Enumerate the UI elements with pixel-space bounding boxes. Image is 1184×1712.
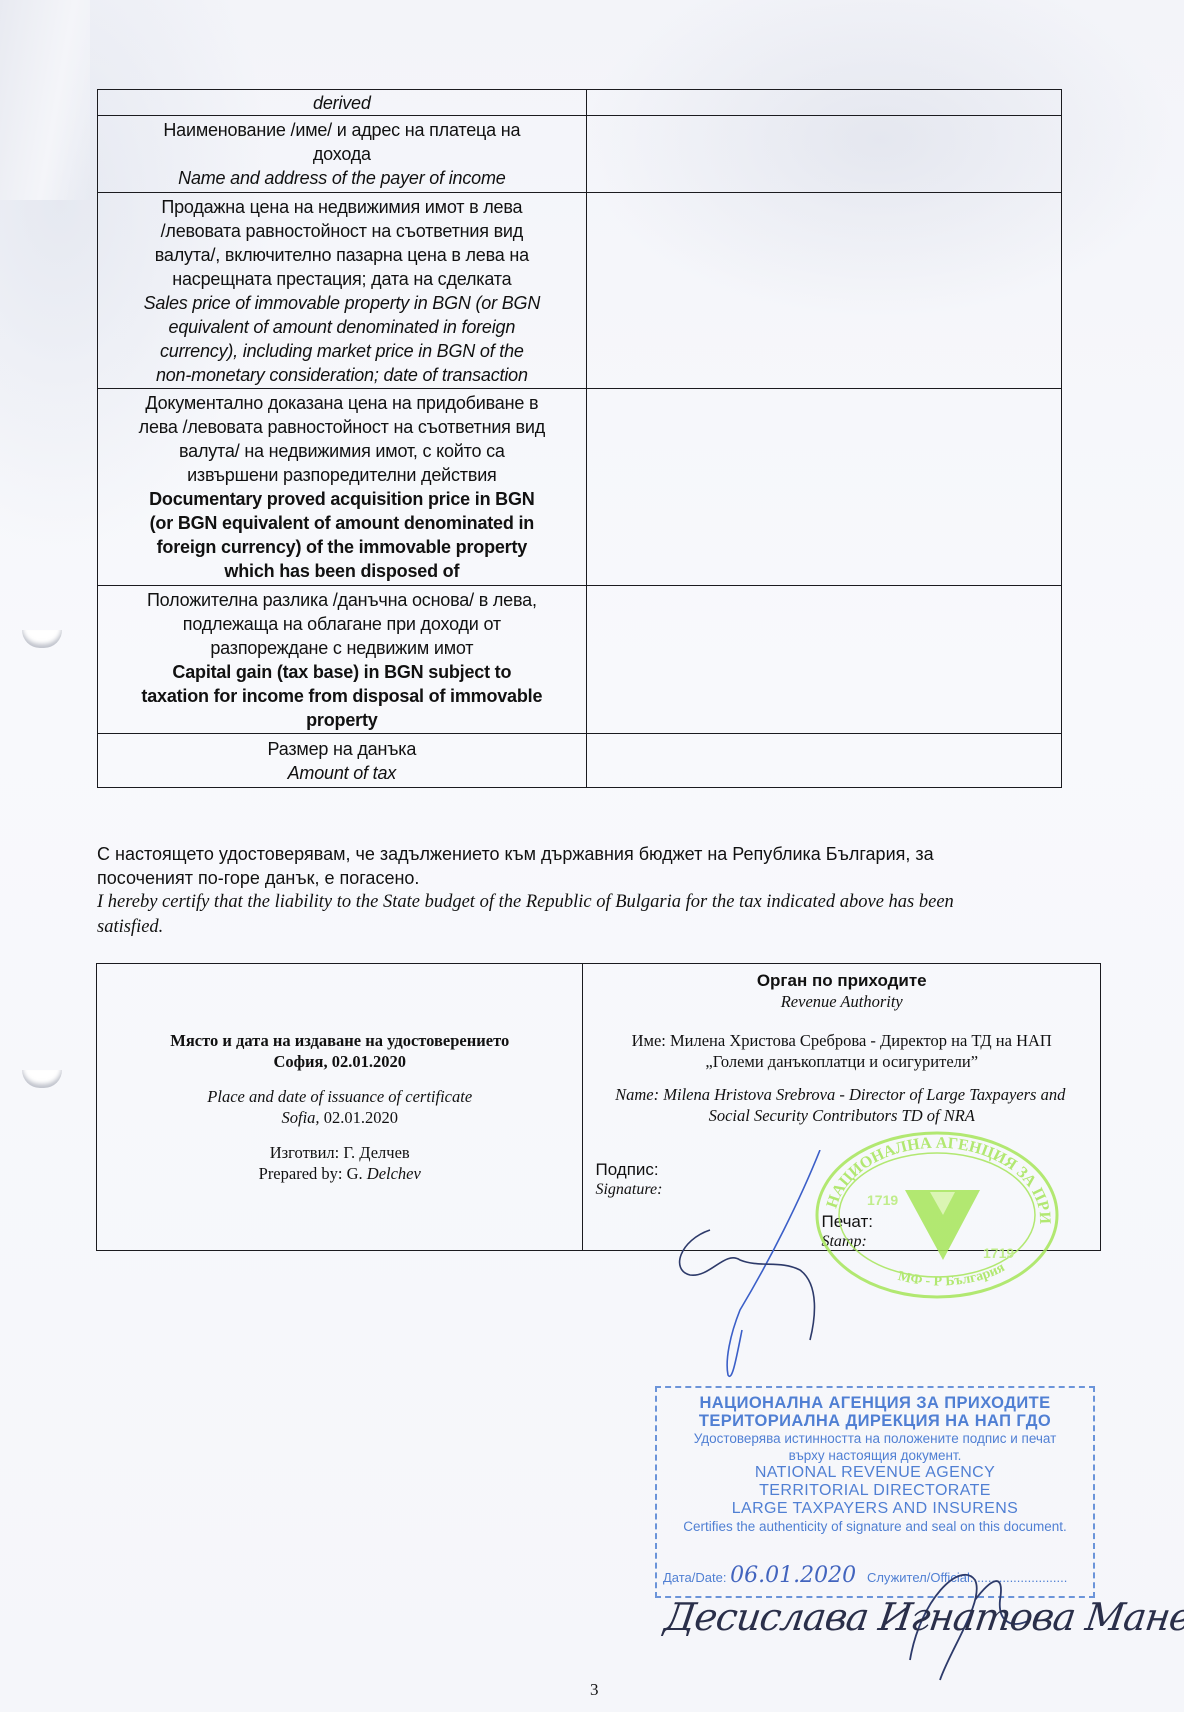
row-label: Положителна разлика /данъчна основа/ в л… xyxy=(98,586,587,734)
row-label-line: foreign currency) of the immovable prope… xyxy=(98,535,586,559)
authority-name-en-2: Social Security Contributors TD of NRA xyxy=(583,1105,1100,1126)
authority-title-en: Revenue Authority xyxy=(583,991,1100,1012)
authority-name-en-1: Name: Milena Hristova Srebrova - Directo… xyxy=(580,1084,1100,1105)
authority-cell: Орган по приходите Revenue Authority Име… xyxy=(583,964,1101,1251)
row-label-line: валута/ на недвижимия имот, с който са xyxy=(98,439,586,463)
row-label-line: Документално доказана цена на придобиван… xyxy=(98,391,586,415)
row-label-line: Documentary proved acquisition price in … xyxy=(98,487,586,511)
table-row: derived xyxy=(98,90,1062,116)
authority-name-bg-2: „Големи данъкоплатци и осигурители” xyxy=(583,1051,1100,1072)
certification-en-line-2: satisfied. xyxy=(97,915,1097,940)
row-label-line: Продажна цена на недвижимия имот в лева xyxy=(98,195,586,219)
row-label-line: Положителна разлика /данъчна основа/ в л… xyxy=(98,588,586,612)
handwritten-official-name: Десислава Игнатова Манева xyxy=(662,1595,1184,1639)
table-row: Документално доказана цена на придобиван… xyxy=(98,389,1062,586)
row-label-line: Размер на данъка xyxy=(98,737,586,761)
row-label-line: derived xyxy=(98,91,586,115)
row-label: Размер на данъкаAmount of tax xyxy=(98,734,587,788)
row-value xyxy=(586,734,1061,788)
place-date-label-bg: Място и дата на издаване на удостоверени… xyxy=(97,1030,582,1051)
certification-bg-line-2: посоченият по-горе данък, е погасено. xyxy=(97,866,1097,890)
certification-en-line-1: I hereby certify that the liability to t… xyxy=(97,890,1097,915)
income-details-table: derivedНаименование /име/ и адрес на пла… xyxy=(97,89,1062,788)
nra-certification-stamp: НАЦИОНАЛНА АГЕНЦИЯ ЗА ПРИХОДИТЕ ТЕРИТОРИ… xyxy=(655,1386,1095,1598)
row-label-line: извършени разпоредителни действия xyxy=(98,463,586,487)
row-label-line: Sales price of immovable property in BGN… xyxy=(98,291,586,315)
table-row: Продажна цена на недвижимия имот в лева/… xyxy=(98,193,1062,389)
row-label-line: (or BGN equivalent of amount denominated… xyxy=(98,511,586,535)
row-label-line: taxation for income from disposal of imm… xyxy=(98,684,586,708)
row-label-line: дохода xyxy=(98,142,586,166)
place-date-label-en: Place and date of issuance of certificat… xyxy=(97,1086,582,1107)
row-label-line: which has been disposed of xyxy=(98,559,586,583)
place-date-value-en: Sofia, 02.01.2020 xyxy=(97,1107,582,1128)
place-date-value-bg: София, 02.01.2020 xyxy=(97,1051,582,1072)
row-label: derived xyxy=(98,90,587,116)
issuance-cell: Място и дата на издаване на удостоверени… xyxy=(97,964,583,1251)
authority-title-bg: Орган по приходите xyxy=(583,970,1100,991)
row-label-line: валута/, включително пазарна цена в лева… xyxy=(98,243,586,267)
stamp-label: Печат: Stamp: xyxy=(821,1212,873,1252)
certification-bg-line-1: С настоящето удостоверявам, че задължени… xyxy=(97,842,1097,866)
row-label-line: Capital gain (tax base) in BGN subject t… xyxy=(98,660,586,684)
table-row: Размер на данъкаAmount of tax xyxy=(98,734,1062,788)
stamp-date-row: Дата/Date: 06.01.2020 Служител/Official.… xyxy=(663,1563,1067,1588)
issuance-authority-table: Място и дата на издаване на удостоверени… xyxy=(96,963,1101,1251)
row-value xyxy=(586,90,1061,116)
row-value xyxy=(586,193,1061,389)
prepared-by-en: Prepared by: G. Delchev xyxy=(97,1163,582,1184)
row-label: Наименование /име/ и адрес на платеца на… xyxy=(98,116,587,193)
row-label-line: разпореждане с недвижим имот xyxy=(98,636,586,660)
row-label-line: currency), including market price in BGN… xyxy=(98,339,586,363)
row-label-line: non-monetary consideration; date of tran… xyxy=(98,363,586,387)
row-value xyxy=(586,116,1061,193)
paper-fold-shadow xyxy=(0,0,90,200)
page-number: 3 xyxy=(590,1680,599,1700)
table-row: Наименование /име/ и адрес на платеца на… xyxy=(98,116,1062,193)
row-value xyxy=(586,389,1061,586)
row-label-line: лева /левовата равностойност на съответн… xyxy=(98,415,586,439)
certification-statement: С настоящето удостоверявам, че задължени… xyxy=(97,842,1097,940)
row-label: Продажна цена на недвижимия имот в лева/… xyxy=(98,193,587,389)
row-value xyxy=(586,586,1061,734)
authority-name-bg-1: Име: Милена Христова Среброва - Директор… xyxy=(583,1030,1100,1051)
prepared-by-bg: Изготвил: Г. Делчев xyxy=(97,1142,582,1163)
row-label-line: /левовата равностойност на съответния ви… xyxy=(98,219,586,243)
row-label-line: property xyxy=(98,708,586,732)
row-label-line: Amount of tax xyxy=(98,761,586,785)
row-label-line: equivalent of amount denominated in fore… xyxy=(98,315,586,339)
handwritten-date: 06.01.2020 xyxy=(730,1563,856,1588)
row-label-line: Наименование /име/ и адрес на платеца на xyxy=(98,118,586,142)
row-label-line: Name and address of the payer of income xyxy=(98,166,586,190)
row-label: Документално доказана цена на придобиван… xyxy=(98,389,587,586)
table-row: Положителна разлика /данъчна основа/ в л… xyxy=(98,586,1062,734)
row-label-line: подлежаща на облагане при доходи от xyxy=(98,612,586,636)
signature-label: Подпис: Signature: xyxy=(595,1160,662,1200)
row-label-line: насрещната престация; дата на сделката xyxy=(98,267,586,291)
